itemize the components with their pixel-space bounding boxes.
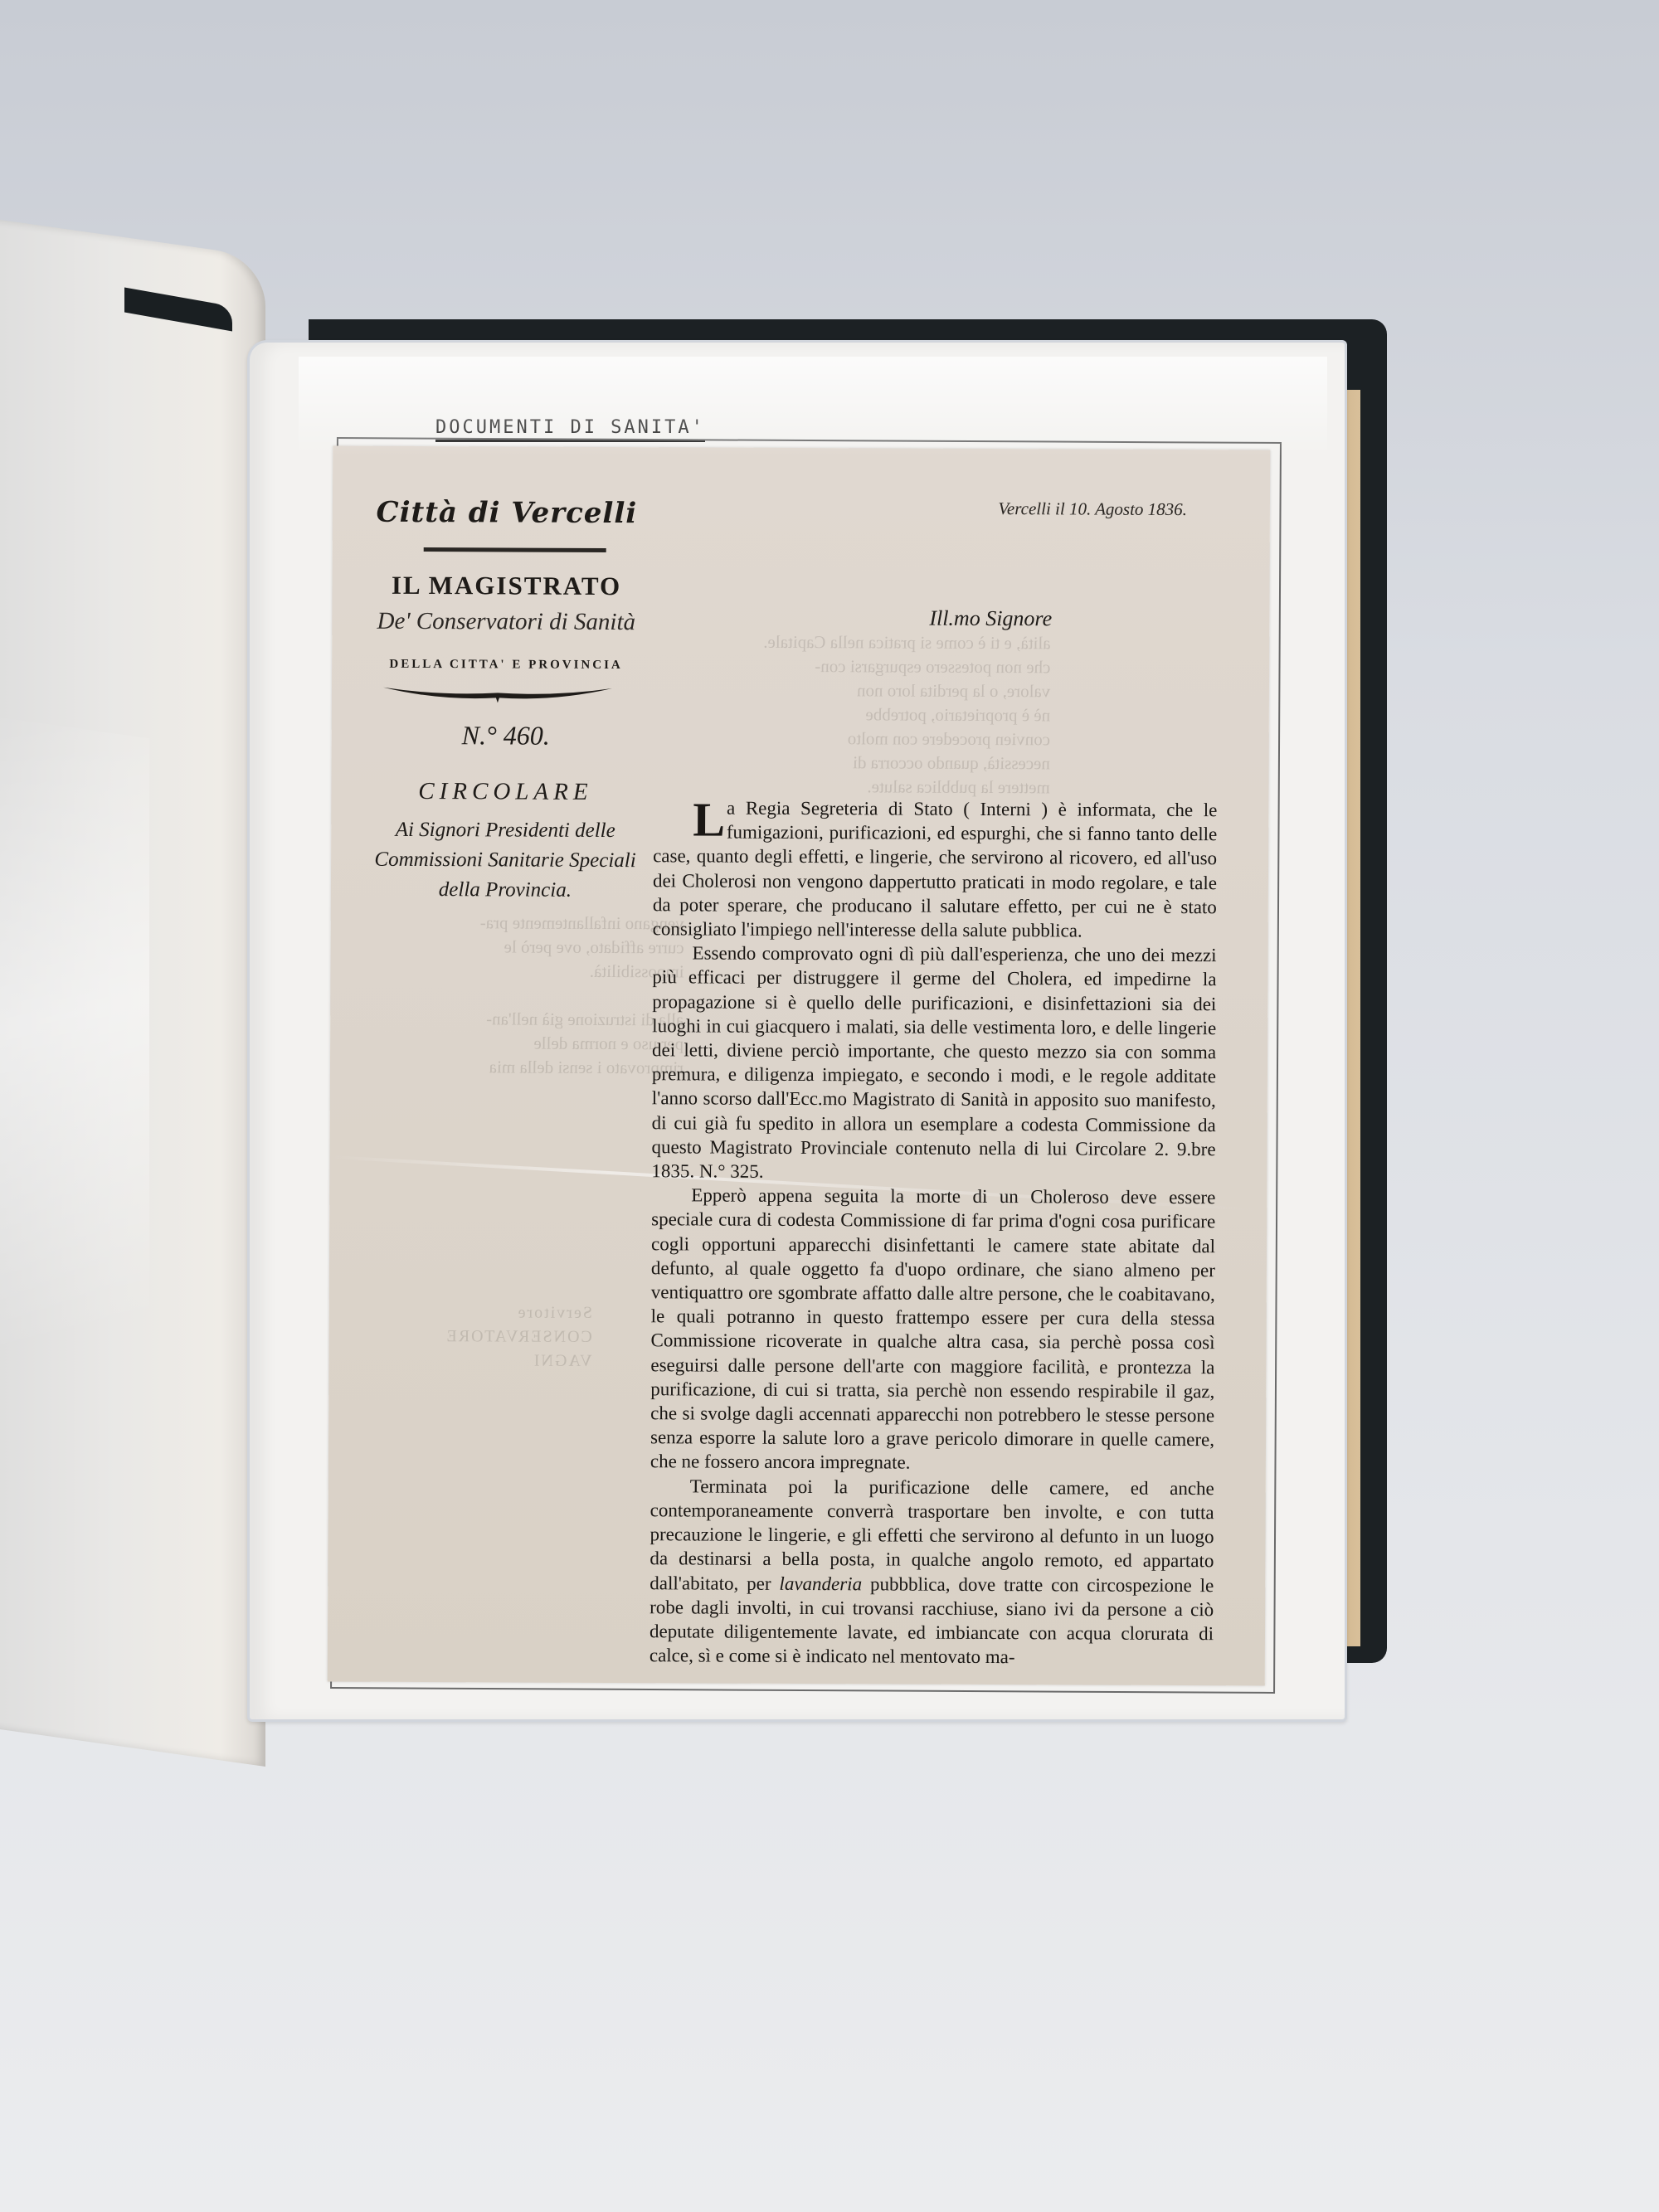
- historical-document: alità, e ti è come si pratica nella Capi…: [328, 446, 1270, 1686]
- sleeve-reflection: [0, 712, 149, 1485]
- left-binder-page: [0, 215, 265, 1767]
- authority-subheading: De' Conservatori di Sanità: [357, 608, 655, 637]
- paragraph-4: Terminata poi la purificazione delle cam…: [649, 1474, 1214, 1670]
- jurisdiction-heading: DELLA CITTA' E PROVINCIA: [357, 658, 655, 673]
- paragraph-3: Epperò appena seguita la morte di un Cho…: [650, 1183, 1216, 1475]
- italic-term: lavanderia: [779, 1573, 862, 1593]
- circular-number: N.° 460.: [357, 720, 655, 752]
- authority-heading: IL MAGISTRATO: [357, 571, 655, 602]
- city-heading: Città di Vercelli: [358, 496, 656, 531]
- recipients: Ai Signori Presidenti delle Commissioni …: [356, 815, 654, 907]
- document-date: Vercelli il 10. Agosto 1836.: [998, 498, 1187, 520]
- paragraph-2: Essendo comprovato ogni dì più dall'espe…: [651, 941, 1216, 1185]
- paragraph-1: La Regia Segreteria di Stato ( Interni )…: [653, 795, 1218, 943]
- drop-cap: L: [693, 799, 725, 840]
- heading-rule: [424, 547, 606, 552]
- bleed-through-signature: Servitore CONSERVATORE VAGNI: [445, 1300, 592, 1373]
- brace-ornament-icon: [382, 683, 614, 705]
- bleed-through-text-upper: alità, e ti è come si pratica nella Capi…: [762, 630, 1050, 800]
- document-type: CIRCOLARE: [356, 778, 654, 807]
- salutation: Ill.mo Signore: [929, 606, 1052, 632]
- document-body: La Regia Segreteria di Stato ( Interni )…: [649, 795, 1218, 1670]
